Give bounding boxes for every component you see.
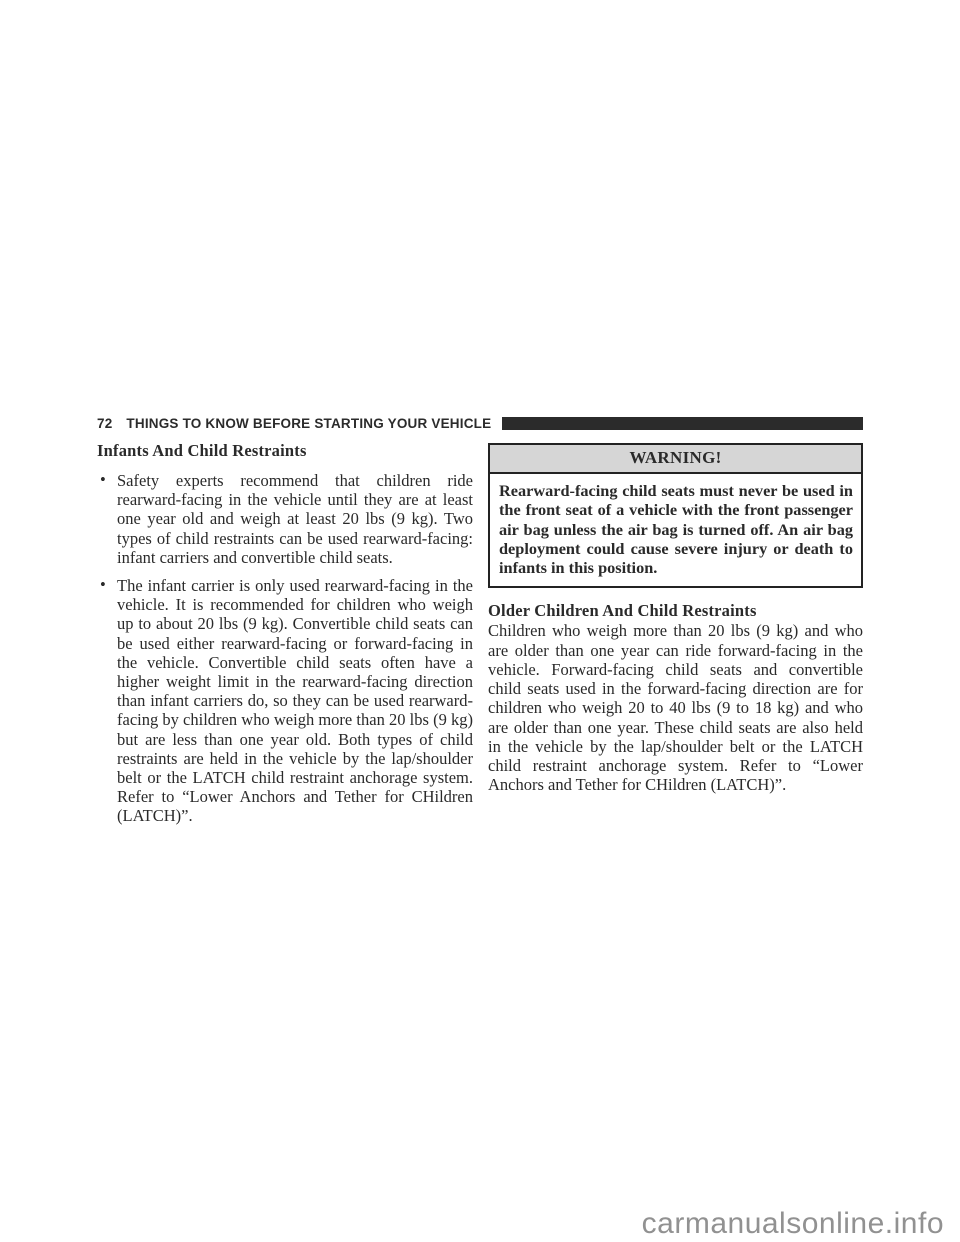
right-column: WARNING! Rearward-facing child seats mus… (488, 443, 863, 794)
manual-page: 72 THINGS TO KNOW BEFORE STARTING YOUR V… (0, 0, 960, 1242)
list-item-text: The infant carrier is only used rearward… (117, 576, 473, 825)
watermark: carmanualsonline.info (642, 1207, 944, 1241)
section-heading-older-children: Older Children And Child Restraints (488, 601, 863, 621)
list-item-text: Safety experts recommend that children r… (117, 471, 473, 567)
list-item: • Safety experts recommend that children… (97, 471, 473, 567)
section-text: Children who weigh more than 20 lbs (9 k… (488, 621, 863, 794)
page-number: 72 (97, 416, 112, 431)
header-rule-bar (502, 417, 863, 430)
chapter-title: THINGS TO KNOW BEFORE STARTING YOUR VEHI… (126, 416, 491, 431)
list-item: • The infant carrier is only used rearwa… (97, 576, 473, 826)
warning-title: WARNING! (490, 445, 861, 474)
section-heading-infants: Infants And Child Restraints (97, 441, 473, 461)
left-column: Infants And Child Restraints • Safety ex… (97, 441, 473, 835)
warning-text: Rearward-facing child seats must never b… (490, 474, 861, 586)
warning-box: WARNING! Rearward-facing child seats mus… (488, 443, 863, 588)
bullet-icon: • (100, 575, 106, 594)
bullet-icon: • (100, 470, 106, 489)
page-header: 72 THINGS TO KNOW BEFORE STARTING YOUR V… (97, 416, 863, 431)
